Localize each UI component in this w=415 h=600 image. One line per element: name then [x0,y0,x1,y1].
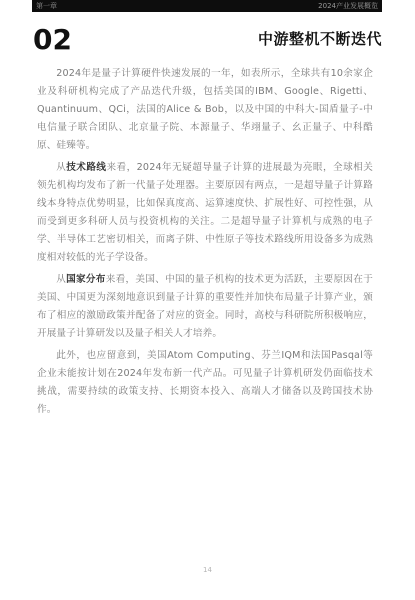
chapter-label: 第一章 [36,0,57,12]
paragraph-lead: 从 [56,162,66,173]
paragraph-challenges: 此外，也应留意到，美国Atom Computing、芬兰IQM和法国Pasqal… [37,347,373,419]
paragraph-text: 来看，2024年无疑超导量子计算的进展最为亮眼，全球相关领先机构均发布了新一代量… [37,162,373,263]
body-text: 2024年是量子计算硬件快速发展的一年，如表所示，全球共有10余家企业及科研机构… [37,65,373,423]
paragraph-keyword: 国家分布 [66,274,106,285]
section-title: 中游整机不断迭代 [258,28,382,50]
paragraph-text: 此外，也应留意到，美国Atom Computing、芬兰IQM和法国Pasqal… [37,350,373,415]
paragraph-text: 2024年是量子计算硬件快速发展的一年，如表所示，全球共有10余家企业及科研机构… [37,68,373,151]
paragraph-keyword: 技术路线 [66,162,106,173]
paragraph-intro: 2024年是量子计算硬件快速发展的一年，如表所示，全球共有10余家企业及科研机构… [37,65,373,155]
paragraph-lead: 从 [56,274,66,285]
section-number: 02 [33,24,72,56]
paragraph-country-distribution: 从国家分布来看，美国、中国的量子机构的技术更为活跃，主要原因在于美国、中国更为深… [37,271,373,343]
paragraph-tech-route: 从技术路线来看，2024年无疑超导量子计算的进展最为亮眼，全球相关领先机构均发布… [37,159,373,267]
report-title: 2024产业发展概览 [318,0,378,12]
page-number: 14 [0,566,415,574]
running-header: 第一章 2024产业发展概览 [32,0,382,12]
